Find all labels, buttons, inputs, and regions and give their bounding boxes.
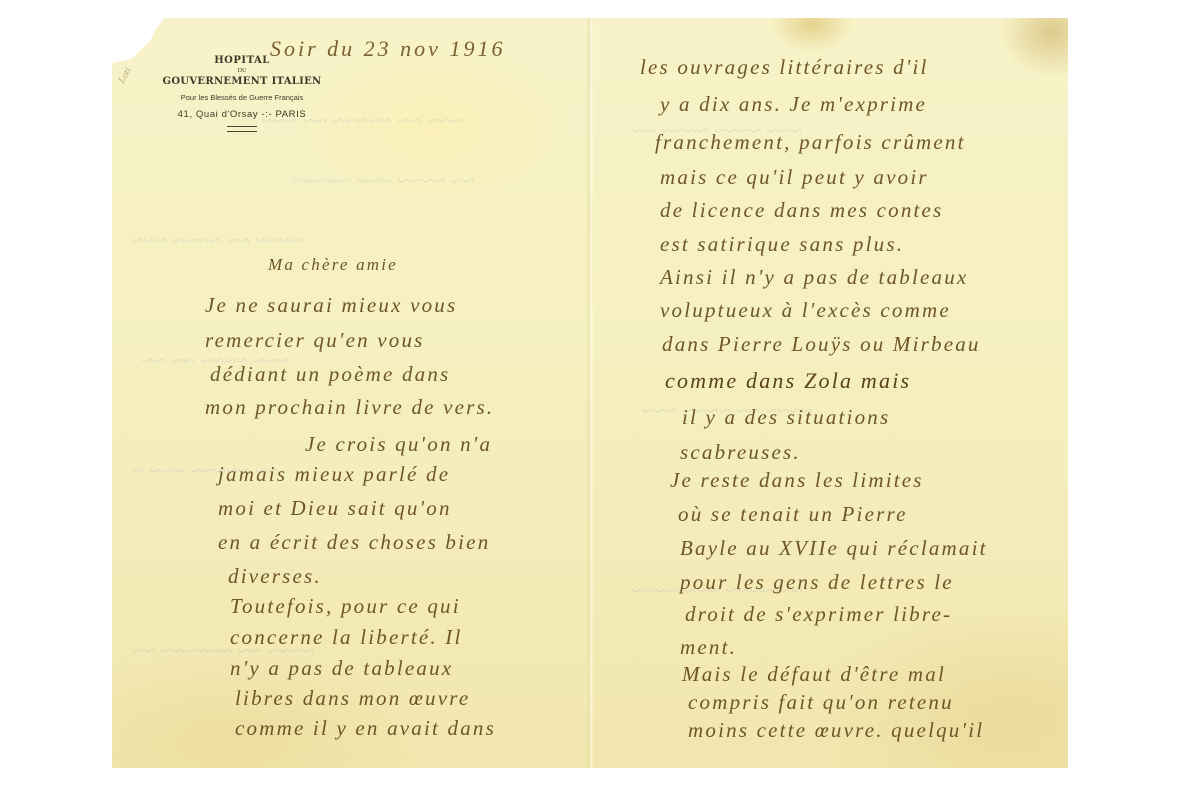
right-line: franchement, parfois crûment [655,130,966,155]
left-line: jamais mieux parlé de [218,462,450,487]
left-line: diverses. [228,564,322,589]
left-line: n'y a pas de tableaux [230,656,453,681]
right-line: dans Pierre Louÿs ou Mirbeau [662,332,981,357]
left-line: comme il y en avait dans [235,716,496,741]
left-line: concerne la liberté. Il [230,625,463,650]
right-line: où se tenait un Pierre [678,502,908,527]
letterhead-ornament [227,126,257,132]
right-line: les ouvrages littéraires d'il [640,55,929,80]
right-line: compris fait qu'on retenu [688,690,954,715]
left-line: dédiant un poème dans [210,362,450,387]
right-line: comme dans Zola mais [665,368,911,394]
letterhead-subtitle: Pour les Blessés de Guerre Français [152,93,332,102]
left-line: remercier qu'en vous [205,328,425,353]
right-line: pour les gens de lettres le [680,570,954,595]
right-line: moins cette œuvre. quelqu'il [688,718,984,743]
right-line: voluptueux à l'excès comme [660,298,951,323]
left-line: en a écrit des choses bien [218,530,490,555]
letterhead-address: 41, Quai d'Orsay -:- PARIS [152,109,332,120]
right-line: il y a des situations [682,405,890,430]
letterhead-government: GOUVERNEMENT ITALIEN [152,76,332,87]
right-line: Mais le défaut d'être mal [682,662,946,687]
left-line: moi et Dieu sait qu'on [218,496,452,521]
right-line: droit de s'exprimer libre- [685,602,952,627]
bleed-through-text: ~~~~ ~~ ~~~~ ~~~ [132,228,303,254]
left-line: mon prochain livre de vers. [205,395,494,420]
right-line: y a dix ans. Je m'exprime [660,92,927,117]
right-line: Ainsi il n'y a pas de tableaux [660,265,968,290]
bleed-through-text: ~~ ~~~~ ~~~ ~~~~~ [292,168,475,194]
center-fold [586,18,594,768]
left-line: Toutefois, pour ce qui [230,594,461,619]
salutation: Ma chère amie [268,255,398,275]
letterhead: HOPITAL DU GOUVERNEMENT ITALIEN Pour les… [152,55,332,132]
left-line: libres dans mon œuvre [235,686,470,711]
right-line: Je reste dans les limites [670,468,924,493]
right-line: scabreuses. [680,440,801,465]
left-line: Je ne saurai mieux vous [205,293,457,318]
right-line: de licence dans mes contes [660,198,943,223]
right-line: est satirique sans plus. [660,232,904,257]
right-line: Bayle au XVIIe qui réclamait [680,536,988,561]
letter-date: Soir du 23 nov 1916 [270,36,505,62]
right-line: mais ce qu'il peut y avoir [660,165,929,190]
letterhead-du: DU [152,68,332,74]
left-line: Je crois qu'on n'a [305,432,492,457]
right-line: ment. [680,635,737,660]
